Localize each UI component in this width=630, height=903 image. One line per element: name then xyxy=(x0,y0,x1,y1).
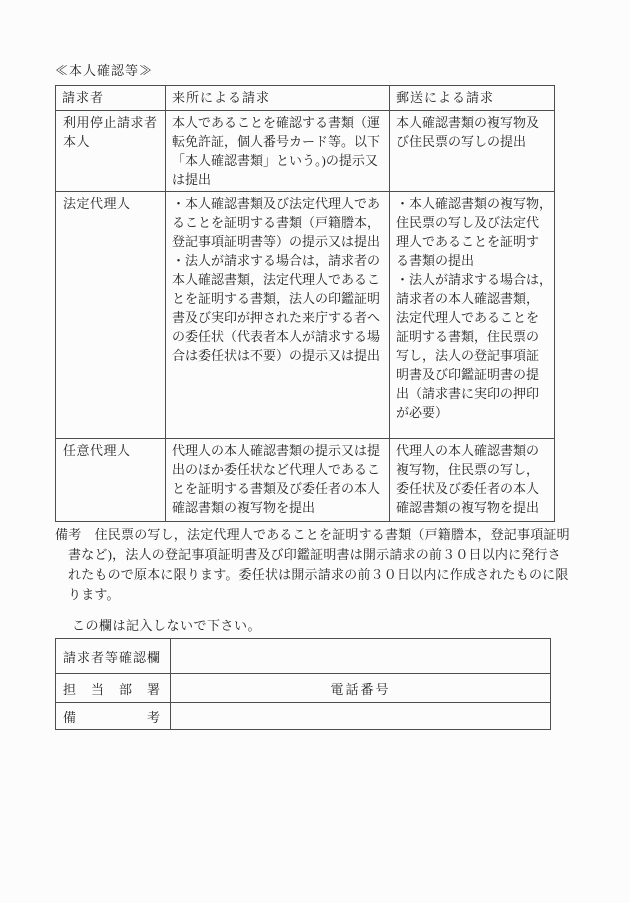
remarks-paragraph: 備考 住民票の写し，法定代理人であることを証明する書類（戸籍謄本，登記事項証明 … xyxy=(55,525,592,605)
cell-requester-voluntary: 任意代理人 xyxy=(56,439,166,522)
document-page: ≪本人確認等≫ 請求者 来所による請求 郵送による請求 利用停止請求者 本人 本… xyxy=(0,0,630,903)
table-row-legal-representative: 法定代理人 ・本人確認書類及び法定代理人であ ることを証明する書類（戸籍謄本， … xyxy=(56,192,555,439)
office-row-remarks: 備 考 xyxy=(56,703,551,730)
field-requester-confirmation xyxy=(171,639,551,674)
column-header-mail-request: 郵送による請求 xyxy=(390,86,555,111)
column-header-requester: 請求者 xyxy=(56,86,166,111)
label-department: 担 当 部 署 xyxy=(56,674,171,703)
cell-requester-legal: 法定代理人 xyxy=(56,192,166,439)
office-use-instruction: この欄は記入しないで下さい。 xyxy=(72,616,630,635)
cell-in-person-legal: ・本人確認書類及び法定代理人であ ることを証明する書類（戸籍謄本， 登記事項証明… xyxy=(166,192,390,439)
field-remarks xyxy=(171,703,551,730)
cell-mail-voluntary: 代理人の本人確認書類の 複写物，住民票の写し， 委任状及び委任者の本人 確認書類… xyxy=(390,439,555,522)
phone-number-label: 電話番号 xyxy=(171,674,551,703)
label-remarks: 備 考 xyxy=(56,703,171,730)
column-header-in-person-request: 来所による請求 xyxy=(166,86,390,111)
cell-mail-principal: 本人確認書類の複写物及 び住民票の写しの提出 xyxy=(390,111,555,192)
cell-in-person-principal: 本人であることを確認する書類（運 転免許証，個人番号カード等。以下 「本人確認書… xyxy=(166,111,390,192)
verification-table: 請求者 来所による請求 郵送による請求 利用停止請求者 本人 本人であることを確… xyxy=(55,85,555,522)
table-row-voluntary-representative: 任意代理人 代理人の本人確認書類の提示又は提 出のほか委任状など代理人であるこ … xyxy=(56,439,555,522)
label-requester-confirmation: 請求者等確認欄 xyxy=(56,639,171,674)
cell-mail-legal: ・本人確認書類の複写物， 住民票の写し及び法定代 理人であることを証明す る書類… xyxy=(390,192,555,439)
office-row-department: 担 当 部 署 電話番号 xyxy=(56,674,551,703)
table-row-principal: 利用停止請求者 本人 本人であることを確認する書類（運 転免許証，個人番号カード… xyxy=(56,111,555,192)
section-title: ≪本人確認等≫ xyxy=(55,62,630,80)
verification-table-header-row: 請求者 来所による請求 郵送による請求 xyxy=(56,86,555,111)
cell-requester-principal: 利用停止請求者 本人 xyxy=(56,111,166,192)
office-row-requester-confirmation: 請求者等確認欄 xyxy=(56,639,551,674)
cell-in-person-voluntary: 代理人の本人確認書類の提示又は提 出のほか委任状など代理人であるこ とを証明する… xyxy=(166,439,390,522)
office-use-table: 請求者等確認欄 担 当 部 署 電話番号 備 考 xyxy=(55,638,551,730)
